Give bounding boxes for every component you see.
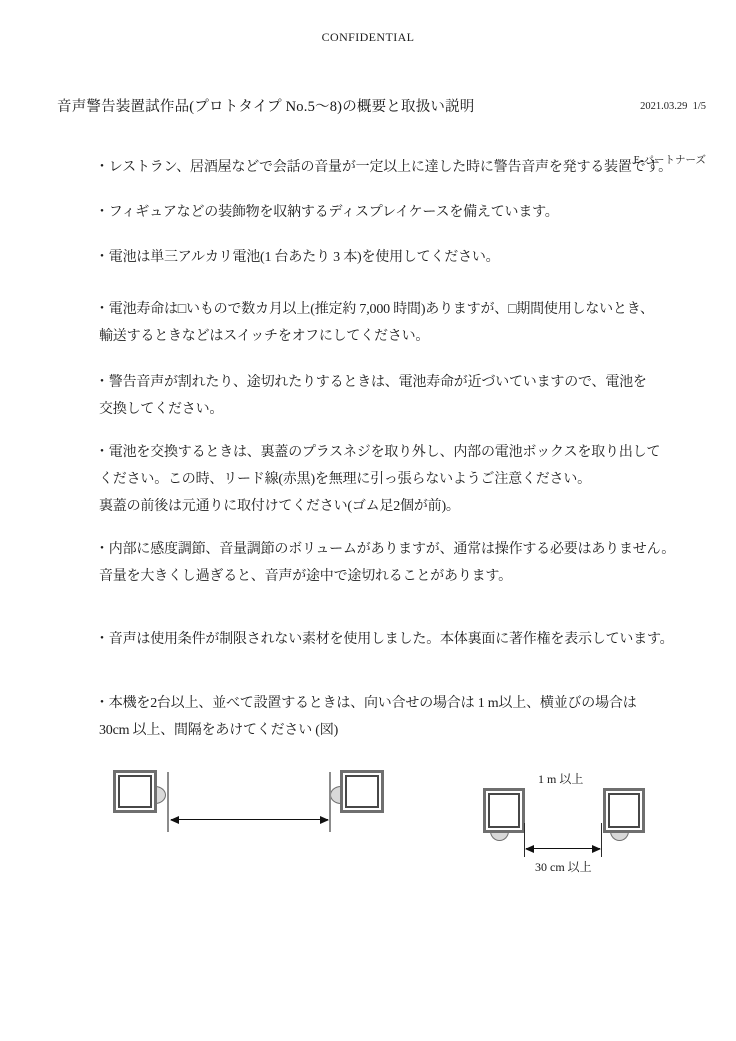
bullet-item: ・電池は単三アルカリ電池(1 台あたり 3 本)を使用してください。 [95,244,698,271]
confidential-stamp: CONFIDENTIAL [0,30,736,45]
measure-arrow-30cm [525,845,601,853]
bullet-line: ・本機を2台以上、並べて設置するときは、向い合せの場合は 1 m以上、横並びの場… [95,690,698,717]
bullet-line: ・レストラン、居酒屋などで会話の音量が一定以上に達した時に警告音声を発する装置で… [95,154,698,181]
device-face [488,793,520,828]
bullet-item: ・音声は使用条件が制限されない素材を使用しました。本体裏面に著作権を表示していま… [95,626,698,653]
arrow-line [526,848,600,849]
arrowhead-left-icon [525,845,534,853]
bullet-item: ・レストラン、居酒屋などで会話の音量が一定以上に達した時に警告音声を発する装置で… [95,154,698,181]
arrow-line [171,819,328,820]
bullet-line: ・音声は使用条件が制限されない素材を使用しました。本体裏面に著作権を表示していま… [95,626,698,653]
device-face [345,775,379,808]
device-right [603,788,645,833]
arrowhead-right-icon [592,845,601,853]
bullet-line: ・電池を交換するときは、裏蓋のプラスネジを取り外し、内部の電池ボックスを取り出し… [95,439,698,466]
device-face [608,793,640,828]
arrowhead-right-icon [320,816,329,824]
bullet-line: ・電池は単三アルカリ電池(1 台あたり 3 本)を使用してください。 [95,244,698,271]
document-page: CONFIDENTIAL 2021.03.29 1/5 E-パートナーズ 音声警… [0,0,736,1041]
bullet-line: 交換してください。 [95,396,698,423]
device-left [113,770,157,813]
bullet-item: ・本機を2台以上、並べて設置するときは、向い合せの場合は 1 m以上、横並びの場… [95,690,698,744]
date-page-number: 2021.03.29 1/5 [634,98,706,116]
extension-line [329,772,331,832]
bullet-list: ・レストラン、居酒屋などで会話の音量が一定以上に達した時に警告音声を発する装置で… [95,154,698,744]
bullet-line: ・フィギュアなどの装飾物を収納するディスプレイケースを備えています。 [95,199,698,226]
bullet-line: ・内部に感度調節、音量調節のボリュームがありますが、通常は操作する必要はありませ… [95,536,698,563]
spacing-label-30cm: 30 cm 以上 [535,860,592,874]
measure-arrow-1m [170,816,329,824]
bullet-line: 音量を大きくし過ぎると、音声が途中で途切れることがあります。 [95,563,698,590]
spacing-diagrams: 1 m 以上 30 cm 以上 [0,745,736,1041]
extension-line [601,823,602,857]
device-left [483,788,525,833]
bullet-line: 30cm 以上、間隔をあけてください (図) [95,717,698,744]
bullet-line: ・電池寿命は□いもので数カ月以上(推定約 7,000 時間)ありますが、□期間使… [95,296,698,323]
bullet-line: ・警告音声が割れたり、途切れたりするときは、電池寿命が近づいていますので、電池を [95,369,698,396]
bullet-line: 裏蓋の前後は元通りに取付けてください(ゴム足2個が前)。 [95,493,698,520]
device-face [118,775,152,808]
bullet-line: 輸送するときなどはスイッチをオフにしてください。 [95,323,698,350]
extension-line [167,772,169,832]
bullet-item: ・電池を交換するときは、裏蓋のプラスネジを取り外し、内部の電池ボックスを取り出し… [95,439,698,520]
bullet-item: ・電池寿命は□いもので数カ月以上(推定約 7,000 時間)ありますが、□期間使… [95,296,698,350]
page-title: 音声警告装置試作品(プロトタイプ No.5〜8)の概要と取扱い説明 [57,97,475,117]
bullet-item: ・警告音声が割れたり、途切れたりするときは、電池寿命が近づいていますので、電池を… [95,369,698,423]
spacing-label-1m: 1 m 以上 [538,772,583,786]
bullet-line: ください。この時、リード線(赤黒)を無理に引っ張らないようご注意ください。 [95,466,698,493]
bullet-item: ・内部に感度調節、音量調節のボリュームがありますが、通常は操作する必要はありませ… [95,536,698,590]
device-right [340,770,384,813]
arrowhead-left-icon [170,816,179,824]
bullet-item: ・フィギュアなどの装飾物を収納するディスプレイケースを備えています。 [95,199,698,226]
